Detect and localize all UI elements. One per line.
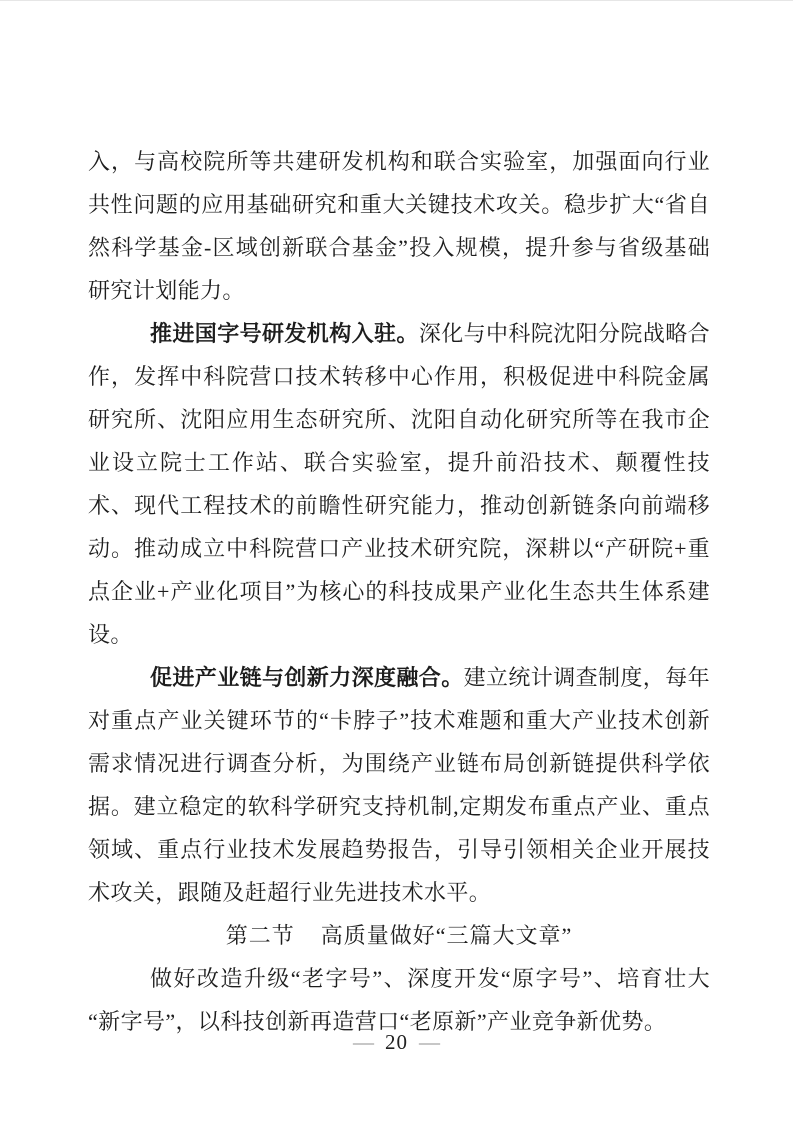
paragraph-guozihao: 推进国字号研发机构入驻。深化与中科院沈阳分院战略合作，发挥中科院营口技术转移中心… — [88, 312, 710, 656]
page-body: 入，与高校院所等共建研发机构和联合实验室，加强面向行业共性问题的应用基础研究和重… — [88, 140, 710, 1043]
paragraph-intro-continuation: 入，与高校院所等共建研发机构和联合实验室，加强面向行业共性问题的应用基础研究和重… — [88, 140, 710, 312]
footer-dash-left: — — [342, 1030, 385, 1054]
paragraph-guozihao-lead: 推进国字号研发机构入驻。 — [150, 321, 419, 346]
section-heading-title: 高质量做好“三篇大文章” — [321, 923, 573, 948]
page-number: 20 — [385, 1030, 408, 1054]
paragraph-ronghe: 促进产业链与创新力深度融合。建立统计调查制度，每年对重点产业关键环节的“卡脖子”… — [88, 656, 710, 914]
document-page: 入，与高校院所等共建研发机构和联合实验室，加强面向行业共性问题的应用基础研究和重… — [0, 0, 793, 1122]
paragraph-ronghe-lead: 促进产业链与创新力深度融合。 — [150, 665, 464, 690]
footer-dash-right: — — [408, 1030, 451, 1054]
page-footer: —20— — [0, 1029, 793, 1055]
section-heading: 第二节高质量做好“三篇大文章” — [88, 914, 710, 957]
paragraph-guozihao-text: 深化与中科院沈阳分院战略合作，发挥中科院营口技术转移中心作用，积极促进中科院金属… — [88, 321, 710, 647]
paragraph-ronghe-text: 建立统计调查制度，每年对重点产业关键环节的“卡脖子”技术难题和重大产业技术创新需… — [88, 665, 710, 905]
section-heading-number: 第二节 — [226, 923, 295, 948]
